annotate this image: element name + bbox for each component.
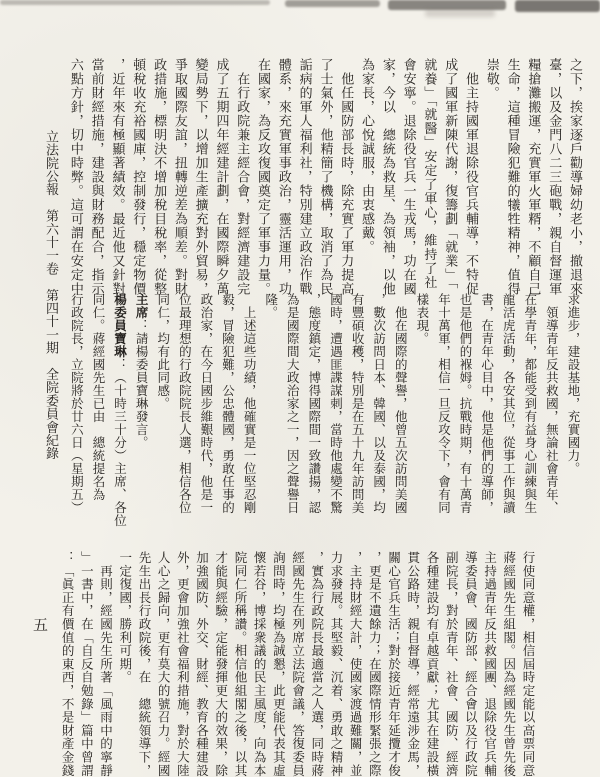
text-column: 崇敬。 — [480, 58, 501, 296]
column-text: 他任國防部長時，除充實了軍力提高 — [338, 58, 353, 296]
column-text: 書，在青年心目中，他是他們的導師， — [480, 293, 495, 514]
text-column: 有豐碩收穫，特別是在五十九年訪問美 — [346, 293, 368, 515]
column-text: 有豐碩收穫，特別是在五十九年訪問美 — [350, 293, 365, 514]
column-text: 崇敬。 — [484, 58, 499, 100]
text-column: 再則，經國先生所著「風雨中的寧靜 — [96, 551, 115, 777]
text-column: 成了國軍新陳代謝，復籌劃「就業」「 — [438, 58, 459, 296]
column-text: 院同仁所稱讚。相信他組閣之後，以其 — [233, 551, 248, 777]
text-column: 在行政院兼主經合會，對經濟建設完 — [230, 58, 251, 296]
column-text: 年十萬軍，相信一旦反攻令下，會有同 — [436, 293, 451, 514]
text-column: 書，在青年心目中，他是他們的導師， — [476, 293, 498, 515]
text-column: 就養」「就醫」安定了軍心，維持了社 — [418, 58, 439, 296]
text-column: ：「眞正有價值的東西，不是財產金錢 — [58, 551, 77, 777]
column-text: 了士氣外，他精簡了機構，取消了為民 — [317, 58, 332, 296]
column-text: 龍活虎活動，各安其位，從事工作與讀 — [501, 293, 516, 514]
text-column: 院同仁所稱讚。相信他組閣之後，以其 — [231, 551, 250, 777]
text-column: 經國先生在列席立法院會議，答復委員 — [288, 551, 307, 777]
column-text: 行政院長，立院將於廿六日（星期五） — [69, 293, 84, 514]
column-text: ，實為行政院長最適當之人選，同時蔣 — [310, 551, 325, 777]
column-text: 糧搶灘搬運，充實軍火軍糈，不顧自己 — [525, 58, 540, 296]
scan-smudge — [0, 0, 270, 5]
column-text: 他主持國軍退除役官兵輔導，不特促 — [463, 58, 478, 296]
text-column: 楊委員寶琳：（十時三十分）主席、各位 — [109, 293, 131, 515]
text-column: 龍活虎活動，各安其位，從事工作與讀 — [498, 293, 520, 515]
scan-smudge — [425, 9, 495, 17]
column-text: 六點方針，切中時弊。這可謂在安定中 — [68, 58, 83, 296]
column-text: 副院長，對於青年、社會、國防、經濟 — [444, 551, 459, 777]
text-column: 關心官兵生活；對於接近青年延攬才俊 — [384, 551, 403, 777]
text-column: 才能與經驗，定能發揮更大的效果，除 — [212, 551, 231, 777]
text-column: 外，更會加強社會福利措施，對於大陸 — [173, 551, 192, 777]
scan-smudge — [388, 0, 506, 10]
text-column: 一定復國，勝利可期。 — [116, 551, 135, 777]
column-text: 詬病的軍人福利社，特別建立政治作戰 — [297, 58, 312, 296]
column-text: 領導青年反共救國，無論社會青年、 — [544, 293, 559, 514]
text-column: 六點方針，切中時弊。這可謂在安定中 — [64, 58, 85, 296]
column-text: 在行政院兼主經合會，對經濟建設完 — [234, 58, 249, 296]
text-column: 也是他們的褓姆。抗戰時期，有十萬青 — [454, 293, 476, 515]
text-column: 他在國際的聲譽，他曾五次訪問美國 — [390, 293, 412, 515]
column-text: 求進步，建設基地，充實國力。 — [566, 293, 581, 475]
text-column: 詢問時，均極為誠懇，此更能代表其虛 — [269, 551, 288, 777]
text-block-top: 之下，挨家逐戶勸導婦幼老小，撤退來臺，以及金門八二三砲戰，親自督運軍糧搶灘搬運，… — [64, 58, 584, 296]
text-column: 副院長，對於青年、社會、國防、經濟 — [442, 551, 461, 777]
scan-smudge — [285, 0, 380, 7]
column-text: ，主持財經大計，使國家渡過難關，並 — [348, 551, 363, 777]
text-column: ，數次訪問日本、韓國、以及泰國，均 — [368, 293, 390, 515]
column-text: 再則，經國先生所著「風雨中的寧靜 — [99, 551, 114, 777]
text-column: 求進步，建設基地，充實國力。 — [562, 293, 584, 515]
text-column: ，態度鎮定，博得國際間一致讚揚，認 — [303, 293, 325, 515]
text-column: 蔣經國先生組閣。因為經國先生曾先後 — [500, 551, 519, 777]
text-column: 變局勢下，以增加生產擴充對外貿易， — [189, 58, 210, 296]
column-text: 在學青年，都能受到有益身心訓練與生 — [523, 293, 538, 514]
text-column: 詬病的軍人福利社，特別建立政治作戰 — [293, 58, 314, 296]
column-text: ，近年來有極顯著績效。最近他又針對 — [109, 58, 124, 296]
column-text: 經國先生在列席立法院會議，答復委員 — [291, 551, 306, 777]
column-text: 加強國防、外交、財經、教育各種建設 — [195, 551, 210, 777]
text-column: 主席：請楊委員寶琳發言。 — [131, 293, 153, 515]
column-text: 他在國際的聲譽，他曾五次訪問美國 — [393, 293, 408, 514]
column-text: 行使同意權，相信屆時定能以高票同意 — [521, 551, 536, 777]
column-text: 貫公路時，親自督導，經常遠涉金馬， — [406, 551, 421, 777]
column-text: 體系，來充實軍事政治，靈活運用，功 — [276, 58, 291, 296]
text-column: 人心之歸向，更有莫大的號召力。經國 — [154, 551, 173, 777]
column-text: 懷若谷，博採衆議的民主風度，向為本 — [252, 551, 267, 777]
column-text: 上述這些功績，他確實是一位堅忍剛 — [242, 293, 257, 514]
text-column: 同仁，均有此同感。 — [152, 293, 174, 515]
text-column: 隆。 — [260, 293, 282, 515]
text-column: 導委員會、國防部、經合會以及行政院 — [461, 551, 480, 777]
column-text: 政措施，標明決不增加稅目稅率，從整 — [151, 58, 166, 296]
text-column: 位最理想的行政院院長人選，相信各位 — [174, 293, 196, 515]
text-column: 生命，這種冒險犯難的犧牲精神，值得 — [501, 58, 522, 296]
column-text: 政治家，在今日國步維艱時代，他是一 — [199, 293, 214, 514]
column-text: 才能與經驗，定能發揮更大的效果，除 — [214, 551, 229, 777]
column-text: 主持過青年反共救國團、退除役官兵輔 — [483, 551, 498, 777]
text-column: 臺，以及金門八二三砲戰，親自督運軍 — [542, 58, 563, 296]
column-text: 家，今以 總統為救星、為領袖，以他 — [380, 58, 395, 296]
text-block-middle: 求進步，建設基地，充實國力。 領導青年反共救國，無論社會青年、在學青年，都能受到… — [66, 293, 584, 515]
text-column: 政措施，標明決不增加稅目稅率，從整 — [147, 58, 168, 296]
text-column: 同仁。蔣經國先生已由 總統提名為 — [87, 293, 109, 515]
text-column: ，更是不遺餘力；在國際情形緊張之際 — [365, 551, 384, 777]
text-column: ，主持財經大計，使國家渡過難關，並 — [346, 551, 365, 777]
column-text: 同仁，均有此同感。 — [156, 293, 171, 410]
text-column: 各種建設均有卓越貢獻；尤其在建設橫 — [423, 551, 442, 777]
column-text: 隆。 — [264, 293, 279, 319]
text-column: 他任國防部長時，除充實了軍力提高 — [334, 58, 355, 296]
text-column: 行使同意權，相信屆時定能以高票同意 — [519, 551, 538, 777]
text-column: 力求發展。其堅毅、沉着、勇敢之精神 — [327, 551, 346, 777]
text-column: 國時，遭遇匪諜謀刺，當時他處變不驚 — [325, 293, 347, 515]
column-text: 一定復國，勝利可期。 — [118, 551, 133, 684]
text-column: 行政院長，立院將於廿六日（星期五） — [66, 293, 88, 515]
text-column: 政治家，在今日國步維艱時代，他是一 — [195, 293, 217, 515]
column-text: 國時，遭遇匪諜謀刺，當時他處變不驚 — [328, 293, 343, 514]
column-text: ，態度鎮定，博得國際間一致讚揚，認 — [307, 293, 322, 514]
column-text: 成了五期四年經建計劃，在國際瞬夕萬 — [213, 58, 228, 296]
text-column: 領導青年反共救國，無論社會青年、 — [541, 293, 563, 515]
column-text: 人心之歸向，更有莫大的號召力。經國 — [156, 551, 171, 777]
text-column: 他主持國軍退除役官兵輔導，不特促 — [459, 58, 480, 296]
text-column: 在學青年，都能受到有益身心訓練與生 — [519, 293, 541, 515]
text-column: 成了五期四年經建計劃，在國際瞬夕萬 — [210, 58, 231, 296]
text-column: 為是國際間大政治家之一，因之聲譽日 — [282, 293, 304, 515]
column-text: 為是國際間大政治家之一，因之聲譽日 — [285, 293, 300, 514]
column-text: 先生出長行政院後，在 總統領導下， — [137, 551, 152, 777]
text-column: 懷若谷，博採衆議的民主風度，向為本 — [250, 551, 269, 777]
gazette-page: 之下，挨家逐戶勸導婦幼老小，撤退來臺，以及金門八二三砲戰，親自督運軍糧搶灘搬運，… — [0, 0, 600, 777]
text-column: 當前財經措施，建設與財務配合，指示 — [85, 58, 106, 296]
column-text: 樣表現。 — [415, 293, 430, 345]
column-text: 關心官兵生活；對於接近青年延攬才俊 — [387, 551, 402, 777]
column-text: 當前財經措施，建設與財務配合，指示 — [89, 58, 104, 296]
text-column: ，實為行政院長最適當之人選，同時蔣 — [308, 551, 327, 777]
text-column: 體系，來充實軍事政治，靈活運用，功 — [272, 58, 293, 296]
text-column: 頓稅收充裕國庫，控制發行，穩定物價 — [126, 58, 147, 296]
column-text: ，更是不遺餘力；在國際情形緊張之際 — [367, 551, 382, 777]
scan-smudge — [515, 0, 600, 12]
column-text: 外，更會加強社會福利措施，對於大陸 — [175, 551, 190, 777]
column-text: 變局勢下，以增加生產擴充對外貿易， — [193, 58, 208, 296]
column-text: 為家長，心悅誠服，由衷感戴。 — [359, 58, 374, 254]
column-text: 導委員會、國防部、經合會以及行政院 — [463, 551, 478, 777]
text-column: ，近年來有極顯著績效。最近他又針對 — [106, 58, 127, 296]
text-column: 為家長，心悅誠服，由衷感戴。 — [355, 58, 376, 296]
text-column: 糧搶灘搬運，充實軍火軍糈，不顧自己 — [522, 58, 543, 296]
column-text: 也是他們的褓姆。抗戰時期，有十萬青 — [458, 293, 473, 514]
column-text: ：（十時三十分）主席、各位 — [113, 358, 128, 527]
column-text: 蔣經國先生組閣。因為經國先生曾先後 — [502, 551, 517, 777]
column-text: 詢問時，均極為誠懇，此更能代表其虛 — [271, 551, 286, 777]
column-text: 各種建設均有卓越貢獻；尤其在建設橫 — [425, 551, 440, 777]
text-column: 了士氣外，他精簡了機構，取消了為民 — [314, 58, 335, 296]
column-text: 同仁。蔣經國先生已由 總統提名為 — [91, 293, 106, 501]
column-text: 爭取國際友誼，扭轉逆差為順差。對財 — [172, 58, 187, 296]
column-text: 生命，這種冒險犯難的犧牲精神，值得 — [505, 58, 520, 296]
text-column: 」一書中，在「自反自勉錄」篇中曾謂 — [77, 551, 96, 777]
running-head: 立法院公報 第六十一卷 第四十一期 全院委員會紀錄 — [41, 130, 60, 460]
column-text: 在國家，為反攻復國奠定了軍事力量。 — [255, 58, 270, 296]
text-column: 爭取國際友誼，扭轉逆差為順差。對財 — [168, 58, 189, 296]
text-column: 在國家，為反攻復國奠定了軍事力量。 — [251, 58, 272, 296]
text-column: 家，今以 總統為救星、為領袖，以他 — [376, 58, 397, 296]
column-text: 臺，以及金門八二三砲戰，親自督運軍 — [546, 58, 561, 296]
text-column: 毅，冒險犯難，公忠體國，勇敢任事的 — [217, 293, 239, 515]
speaker-name: 主席 — [134, 293, 149, 319]
text-column: 先生出長行政院後，在 總統領導下， — [135, 551, 154, 777]
column-text: 就養」「就醫」安定了軍心，維持了社 — [421, 58, 436, 290]
page-number: 五 — [33, 614, 48, 635]
column-text: ，數次訪問日本、韓國、以及泰國，均 — [372, 293, 387, 514]
column-text: ：請楊委員寶琳發言。 — [134, 319, 149, 449]
text-block-bottom: 行使同意權，相信屆時定能以高票同意蔣經國先生組閣。因為經國先生曾先後主持過青年反… — [58, 551, 538, 777]
column-text: 成了國軍新陳代謝，復籌劃「就業」「 — [442, 58, 457, 290]
text-column: 年十萬軍，相信一旦反攻令下，會有同 — [433, 293, 455, 515]
text-column: 會安寧。退除役官兵一生戎馬，功在國 — [397, 58, 418, 296]
column-text: 之下，挨家逐戶勸導婦幼老小，撤退來 — [567, 58, 582, 296]
column-text: 會安寧。退除役官兵一生戎馬，功在國 — [401, 58, 416, 296]
column-text: 頓稅收充裕國庫，控制發行，穩定物價 — [130, 58, 145, 296]
column-text: 」一書中，在「自反自勉錄」篇中曾謂 — [79, 551, 94, 777]
column-text: 毅，冒險犯難，公忠體國，勇敢任事的 — [221, 293, 236, 514]
column-text: 力求發展。其堅毅、沉着、勇敢之精神 — [329, 551, 344, 777]
text-column: 上述這些功績，他確實是一位堅忍剛 — [239, 293, 261, 515]
column-text: ：「眞正有價值的東西，不是財產金錢 — [60, 551, 75, 777]
speaker-name: 楊委員寶琳 — [113, 293, 128, 358]
text-column: 之下，挨家逐戶勸導婦幼老小，撤退來 — [563, 58, 584, 296]
text-column: 加強國防、外交、財經、教育各種建設 — [192, 551, 211, 777]
column-text: 位最理想的行政院院長人選，相信各位 — [177, 293, 192, 514]
text-column: 貫公路時，親自督導，經常遠涉金馬， — [404, 551, 423, 777]
text-column: 主持過青年反共救國團、退除役官兵輔 — [480, 551, 499, 777]
text-column: 樣表現。 — [411, 293, 433, 515]
